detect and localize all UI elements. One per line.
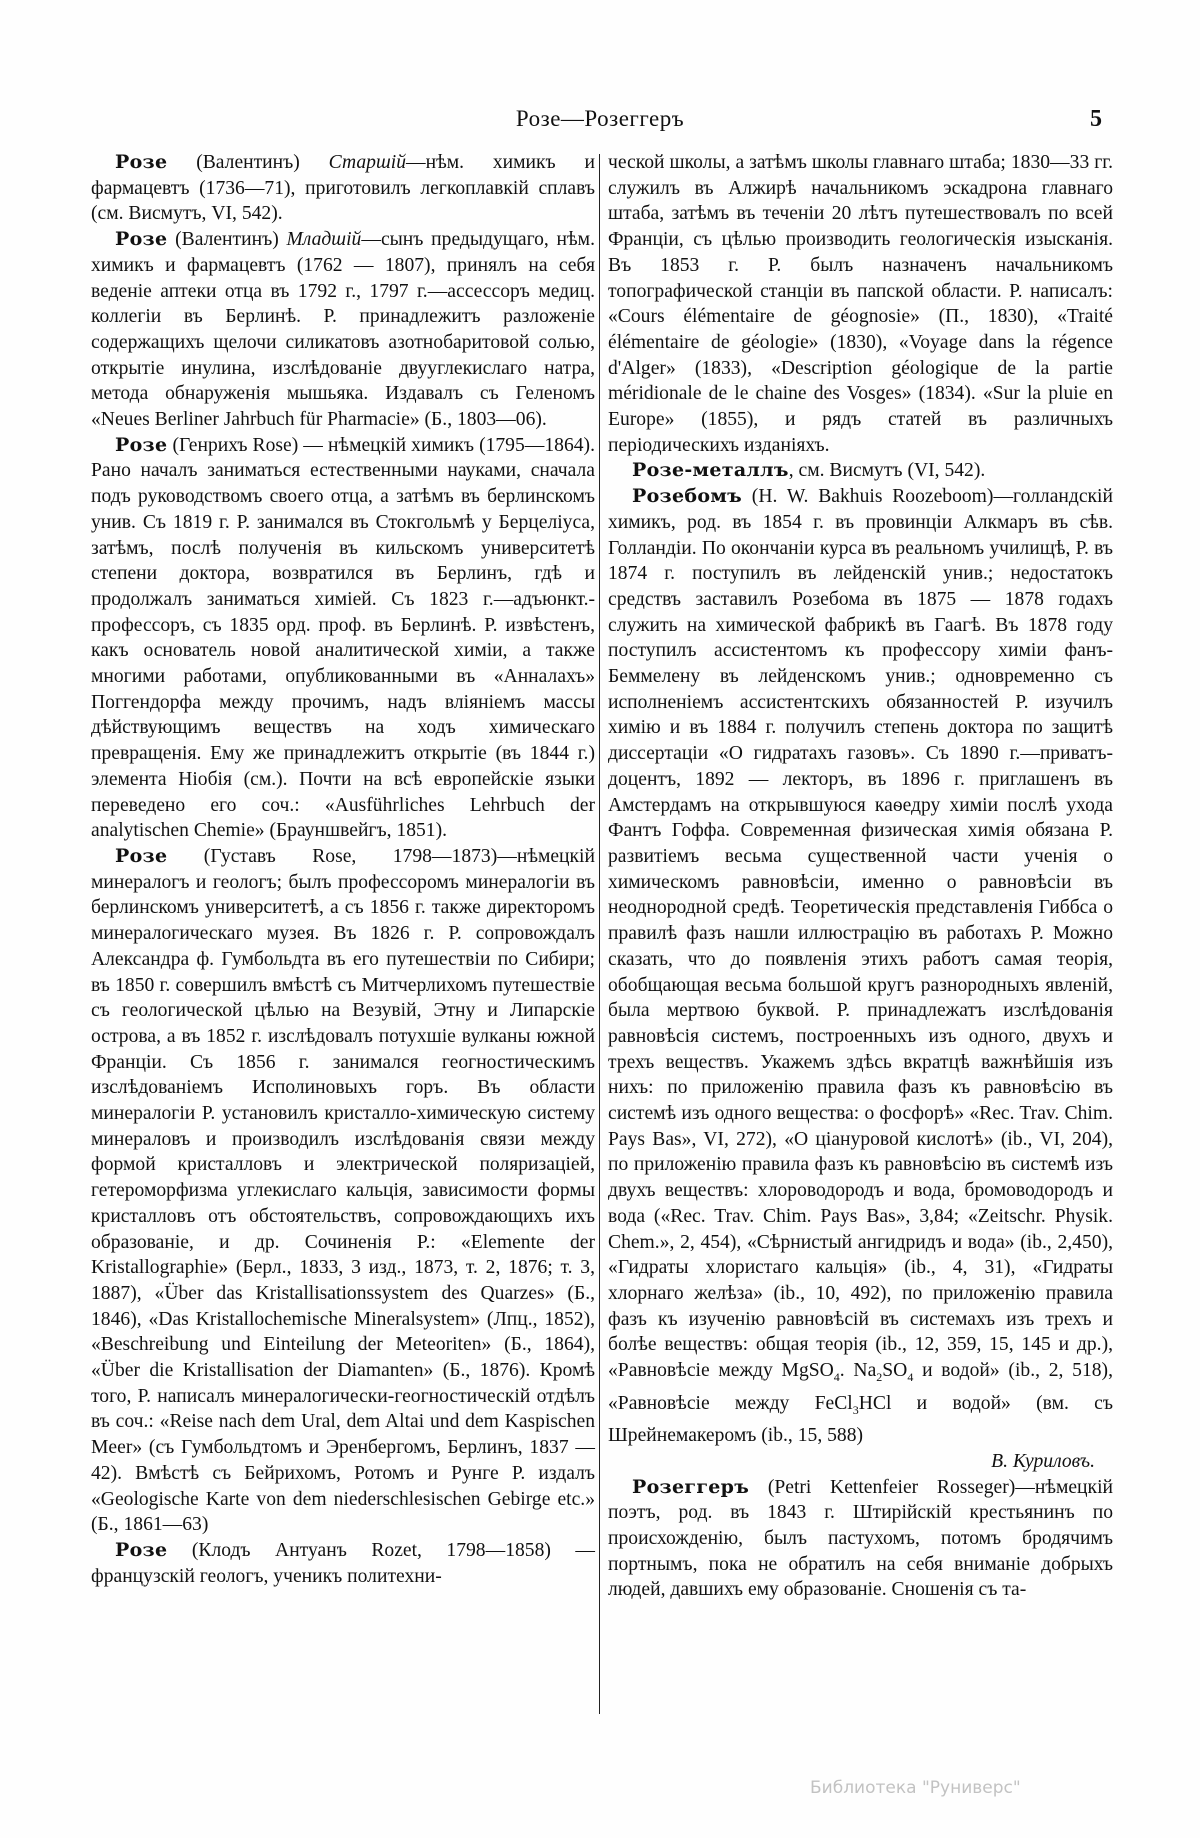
- entry-rose-valentin-elder: Розе (Валентинъ) Старшій—нѣм. химикъ и ф…: [91, 150, 595, 227]
- formula-text: . Na: [840, 1360, 876, 1381]
- column-divider: [599, 154, 600, 1714]
- headword: Розе: [115, 228, 167, 250]
- running-header: Розе—Розеггеръ 5: [0, 106, 1200, 136]
- entry-rose-metal: Розе-металлъ, см. Висмутъ (VI, 542).: [608, 458, 1113, 484]
- entry-roozeboom: Розебомъ (H. W. Bakhuis Roozeboom)—голла…: [608, 484, 1113, 1449]
- entry-italic: Старшій: [329, 152, 406, 173]
- headword: Розе: [115, 845, 167, 867]
- headword: Розе: [115, 434, 167, 456]
- headword: Розебомъ: [632, 485, 742, 507]
- page-number: 5: [1090, 106, 1102, 133]
- entry-rose-valentin-younger: Розе (Валентинъ) Младшій—сынъ предыдущаг…: [91, 227, 595, 433]
- formula-text: SO: [882, 1360, 907, 1381]
- right-column: ческой школы, а затѣмъ школы главнаго шт…: [608, 150, 1113, 1603]
- left-column: Розе (Валентинъ) Старшій—нѣм. химикъ и ф…: [91, 150, 595, 1589]
- entry-rosegger: Розеггеръ (Petri Kettenfeier Rosseger)—н…: [608, 1475, 1113, 1604]
- headword: Розе: [115, 1539, 167, 1561]
- entry-rozet-claude: Розе (Клодъ Антуанъ Rozet, 1798—1858) —ф…: [91, 1538, 595, 1589]
- entry-rose-gustav: Розе (Густавъ Rose, 1798—1873)—нѣмецкій …: [91, 844, 595, 1538]
- entry-text: (Густавъ Rose, 1798—1873)—нѣмецкій минер…: [91, 846, 595, 1535]
- entry-rozet-continuation: ческой школы, а затѣмъ школы главнаго шт…: [608, 150, 1113, 458]
- headword: Розе-металлъ: [632, 459, 789, 481]
- entry-italic: Младшій: [286, 229, 361, 250]
- entry-text: (Клодъ Антуанъ Rozet, 1798—1858) —францу…: [91, 1540, 595, 1587]
- entry-text: —сынъ предыдущаго, нѣм. химикъ и фармаце…: [91, 229, 595, 430]
- entry-text: (Валентинъ): [167, 229, 286, 250]
- page-title: Розе—Розеггеръ: [0, 106, 1200, 132]
- author-signature: В. Куриловъ.: [608, 1449, 1113, 1475]
- entry-text: , см. Висмутъ (VI, 542).: [789, 460, 986, 481]
- headword: Розе: [115, 151, 167, 173]
- entry-text: (H. W. Bakhuis Roozeboom)—голландскій хи…: [608, 486, 1113, 1381]
- entry-text: (Валентинъ): [167, 152, 328, 173]
- library-watermark: Библиотека "Руниверс": [810, 1778, 1021, 1798]
- entry-text: (Генрихъ Rose) — нѣмецкій химикъ (1795—1…: [91, 435, 595, 842]
- entry-rose-heinrich: Розе (Генрихъ Rose) — нѣмецкій химикъ (1…: [91, 433, 595, 844]
- headword: Розеггеръ: [632, 1476, 749, 1498]
